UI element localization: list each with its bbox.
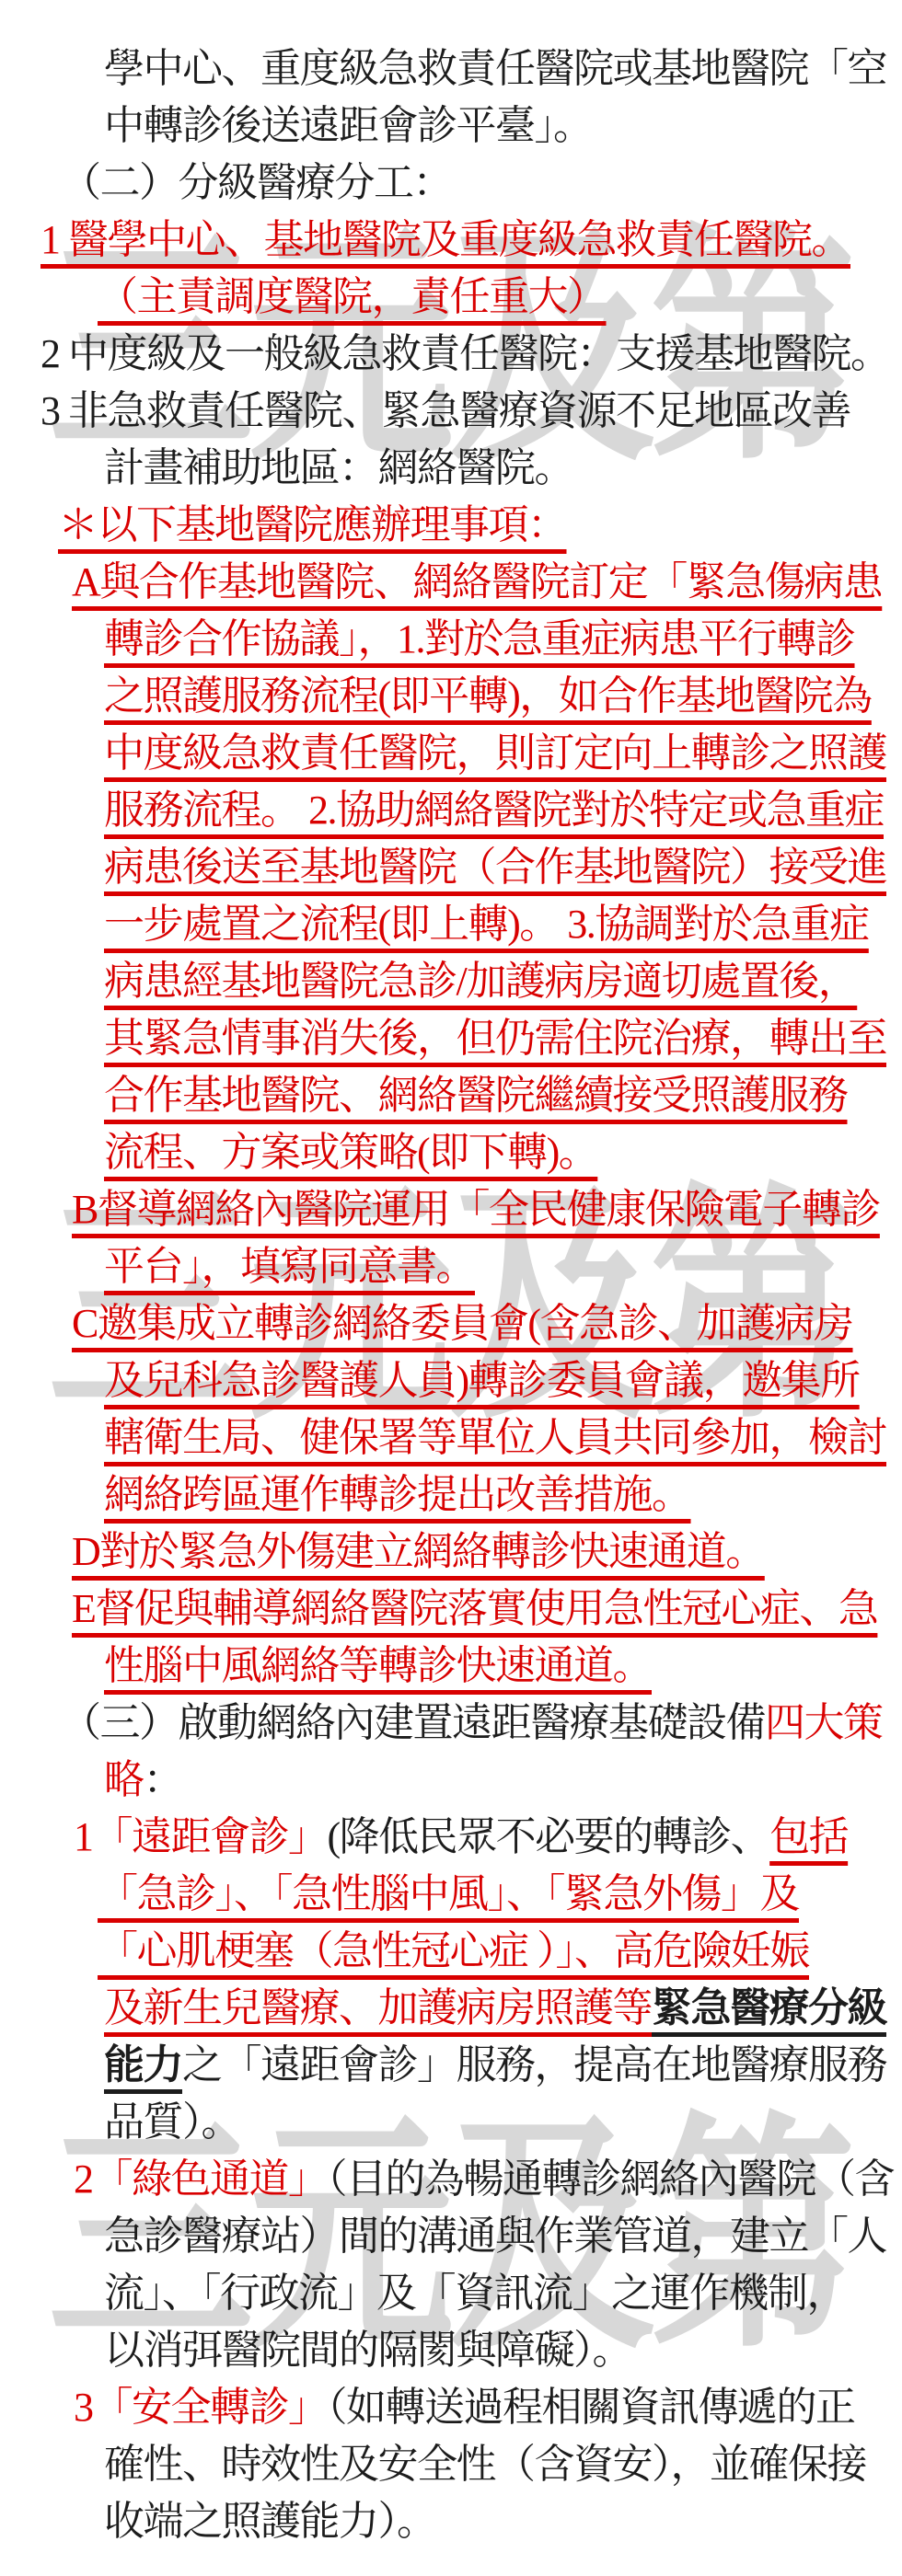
text-line-25: 轄衛生局、健保署等單位人員共同參加，檢討 (0, 1409, 902, 1466)
text-segment: 2 中度級及一般級急救責任醫院：支援基地醫院。 (40, 331, 890, 376)
text-segment: （如轉送過程相關資訊傳遞的正 (328, 2385, 855, 2430)
text-segment: 品質）。 (104, 2099, 240, 2145)
text-segment: 流」、「行政流」及「資訊流」之運作機制， (104, 2271, 846, 2316)
text-segment: 能力 (104, 2042, 182, 2087)
text-line-6: 2 中度級及一般級急救責任醫院：支援基地醫院。 (0, 326, 902, 383)
text-line-26: 網絡跨區運作轉診提出改善措施。 (0, 1466, 902, 1524)
text-segment: ： (144, 1757, 183, 1802)
text-line-27: D對於緊急外傷建立網絡轉診快速通道。 (0, 1524, 902, 1581)
text-line-9: ＊以下基地醫院應辦理事項： (0, 497, 902, 554)
text-segment: A與合作基地醫院、網絡醫院訂定「緊急傷病患 (72, 559, 882, 604)
text-line-37: 品質）。 (0, 2094, 902, 2151)
text-line-3: （二）分級醫療分工： (0, 155, 902, 212)
text-segment: 包括 (769, 1814, 848, 1859)
text-segment: 之「遠距會診」服務，提高在地醫療服務 (182, 2042, 886, 2087)
text-line-14: 服務流程。 2.協助網絡醫院對於特定或急重症 (0, 782, 902, 839)
text-segment: 急診醫療站）間的溝通與作業管道，建立「人 (104, 2214, 886, 2259)
text-segment: 學中心、重度級急救責任醫院或基地醫院「空 (104, 46, 886, 91)
text-line-20: 流程、方案或策略(即下轉)。 (0, 1124, 902, 1181)
text-segment: D對於緊急外傷建立網絡轉診快速通道。 (72, 1529, 765, 1574)
text-line-32: 1「遠距會診」(降低民眾不必要的轉診、包括 (0, 1809, 902, 1866)
text-line-35: 及新生兒醫療、加護病房照護等緊急醫療分級 (0, 1980, 902, 2037)
text-segment: （三）啟動網絡內建置遠距醫療基礎設備 (61, 1700, 765, 1745)
text-line-13: 中度級急救責任醫院，則訂定向上轉診之照護 (0, 725, 902, 782)
text-segment: 「心肌梗塞（急性冠心症 ）」、高危險妊娠 (98, 1928, 809, 1973)
text-segment: 及兒科急診醫護人員)轉診委員會議，邀集所 (104, 1358, 860, 1403)
text-line-44: 收端之照護能力）。 (0, 2493, 902, 2550)
text-segment: 2「綠色通道」 (74, 2156, 328, 2202)
text-segment: 中轉診後送遠距會診平臺」。 (104, 103, 593, 148)
text-line-41: 以消弭醫院間的隔閡與障礙）。 (0, 2322, 902, 2379)
text-segment: B督導網絡內醫院運用「全民健康保險電子轉診 (72, 1187, 880, 1232)
document-text-content: 學中心、重度級急救責任醫院或基地醫院「空中轉診後送遠距會診平臺」。（二）分級醫療… (0, 0, 902, 2550)
text-segment: ＊以下基地醫院應辦理事項： (58, 502, 567, 547)
document-page: 三元及第三元及第三元及第 學中心、重度級急救責任醫院或基地醫院「空中轉診後送遠距… (0, 0, 902, 2576)
text-segment: 緊急醫療分級 (652, 1985, 886, 2030)
text-segment: 中度級急救責任醫院，則訂定向上轉診之照護 (104, 730, 886, 776)
text-line-18: 其緊急情事消失後，但仍需住院治療，轉出至 (0, 1010, 902, 1067)
text-line-24: 及兒科急診醫護人員)轉診委員會議，邀集所 (0, 1352, 902, 1409)
text-segment: 3 非急救責任醫院、緊急醫療資源不足地區改善 (40, 388, 850, 433)
text-line-40: 流」、「行政流」及「資訊流」之運作機制， (0, 2265, 902, 2322)
text-segment: 合作基地醫院、網絡醫院繼續接受照護服務 (104, 1073, 848, 1118)
text-line-19: 合作基地醫院、網絡醫院繼續接受照護服務 (0, 1067, 902, 1124)
text-line-28: E督促與輔導網絡醫院落實使用急性冠心症、急 (0, 1581, 902, 1638)
text-line-1: 學中心、重度級急救責任醫院或基地醫院「空 (0, 40, 902, 98)
text-segment: （主責調度醫院，責任重大） (98, 274, 607, 319)
text-line-21: B督導網絡內醫院運用「全民健康保險電子轉診 (0, 1181, 902, 1238)
text-line-7: 3 非急救責任醫院、緊急醫療資源不足地區改善 (0, 383, 902, 440)
text-line-36: 能力之「遠距會診」服務，提高在地醫療服務 (0, 2037, 902, 2094)
text-line-38: 2「綠色通道」（目的為暢通轉診網絡內醫院（含 (0, 2151, 902, 2208)
text-segment: 3「安全轉診」 (74, 2385, 328, 2430)
text-segment: 轄衛生局、健保署等單位人員共同參加，檢討 (104, 1415, 886, 1460)
text-segment: 1 醫學中心、基地醫院及重度級急救責任醫院。 (40, 217, 850, 262)
text-line-33: 「急診」、「急性腦中風」、「緊急外傷」及 (0, 1866, 902, 1923)
text-line-17: 病患經基地醫院急診/加護病房適切處置後， (0, 953, 902, 1010)
text-segment: 之照護服務流程(即平轉)，如合作基地醫院為 (104, 673, 872, 719)
text-segment: 「急診」、「急性腦中風」、「緊急外傷」及 (98, 1871, 799, 1916)
text-line-2: 中轉診後送遠距會診平臺」。 (0, 98, 902, 155)
text-line-10: A與合作基地醫院、網絡醫院訂定「緊急傷病患 (0, 554, 902, 611)
text-line-29: 性腦中風網絡等轉診快速通道。 (0, 1638, 902, 1695)
text-segment: 1「遠距會診」 (74, 1814, 328, 1859)
text-line-42: 3「安全轉診」（如轉送過程相關資訊傳遞的正 (0, 2379, 902, 2436)
text-segment: 確性、時效性及安全性（含資安），並確保接 (104, 2442, 866, 2487)
text-line-11: 轉診合作協議」，1.對於急重症病患平行轉診 (0, 611, 902, 668)
text-line-43: 確性、時效性及安全性（含資安），並確保接 (0, 2436, 902, 2493)
text-segment: E督促與輔導網絡醫院落實使用急性冠心症、急 (72, 1586, 877, 1631)
text-segment: 病患經基地醫院急診/加護病房適切處置後， (104, 959, 857, 1004)
text-segment: C邀集成立轉診網絡委員會(含急診、加護病房 (72, 1301, 853, 1346)
text-segment: 平台」，填寫同意書。 (104, 1244, 475, 1289)
text-line-8: 計畫補助地區：網絡醫院。 (0, 440, 902, 497)
text-segment: 四大策 (765, 1700, 883, 1745)
text-segment: 流程、方案或策略(即下轉)。 (104, 1130, 597, 1175)
text-line-15: 病患後送至基地醫院（合作基地醫院）接受進 (0, 839, 902, 896)
text-line-31: 略： (0, 1752, 902, 1809)
text-segment: （目的為暢通轉診網絡內醫院（含 (328, 2156, 895, 2202)
text-segment: 略 (104, 1757, 144, 1802)
text-segment: 其緊急情事消失後，但仍需住院治療，轉出至 (104, 1016, 886, 1061)
text-segment: 性腦中風網絡等轉診快速通道。 (104, 1643, 652, 1688)
text-line-30: （三）啟動網絡內建置遠距醫療基礎設備四大策 (0, 1695, 902, 1752)
text-line-22: 平台」，填寫同意書。 (0, 1238, 902, 1295)
text-line-23: C邀集成立轉診網絡委員會(含急診、加護病房 (0, 1295, 902, 1352)
text-line-16: 一步處置之流程(即上轉)。 3.協調對於急重症 (0, 896, 902, 953)
text-line-39: 急診醫療站）間的溝通與作業管道，建立「人 (0, 2208, 902, 2265)
text-segment: (降低民眾不必要的轉診、 (328, 1814, 770, 1859)
text-segment: 計畫補助地區：網絡醫院。 (104, 445, 573, 490)
text-line-34: 「心肌梗塞（急性冠心症 ）」、高危險妊娠 (0, 1923, 902, 1980)
text-line-5: （主責調度醫院，責任重大） (0, 269, 902, 326)
text-segment: 網絡跨區運作轉診提出改善措施。 (104, 1472, 691, 1517)
text-segment: 一步處置之流程(即上轉)。 3.協調對於急重症 (104, 902, 869, 947)
text-segment: 病患後送至基地醫院（合作基地醫院）接受進 (104, 845, 886, 890)
text-segment: 服務流程。 2.協助網絡醫院對於特定或急重症 (104, 788, 884, 833)
text-segment: 收端之照護能力）。 (104, 2499, 436, 2544)
text-line-4: 1 醫學中心、基地醫院及重度級急救責任醫院。 (0, 212, 902, 269)
text-segment: 及新生兒醫療、加護病房照護等 (104, 1985, 652, 2030)
text-line-12: 之照護服務流程(即平轉)，如合作基地醫院為 (0, 668, 902, 725)
text-segment: （二）分級醫療分工： (61, 160, 452, 205)
text-segment: 以消弭醫院間的隔閡與障礙）。 (104, 2328, 631, 2373)
text-segment: 轉診合作協議」，1.對於急重症病患平行轉診 (104, 616, 855, 661)
